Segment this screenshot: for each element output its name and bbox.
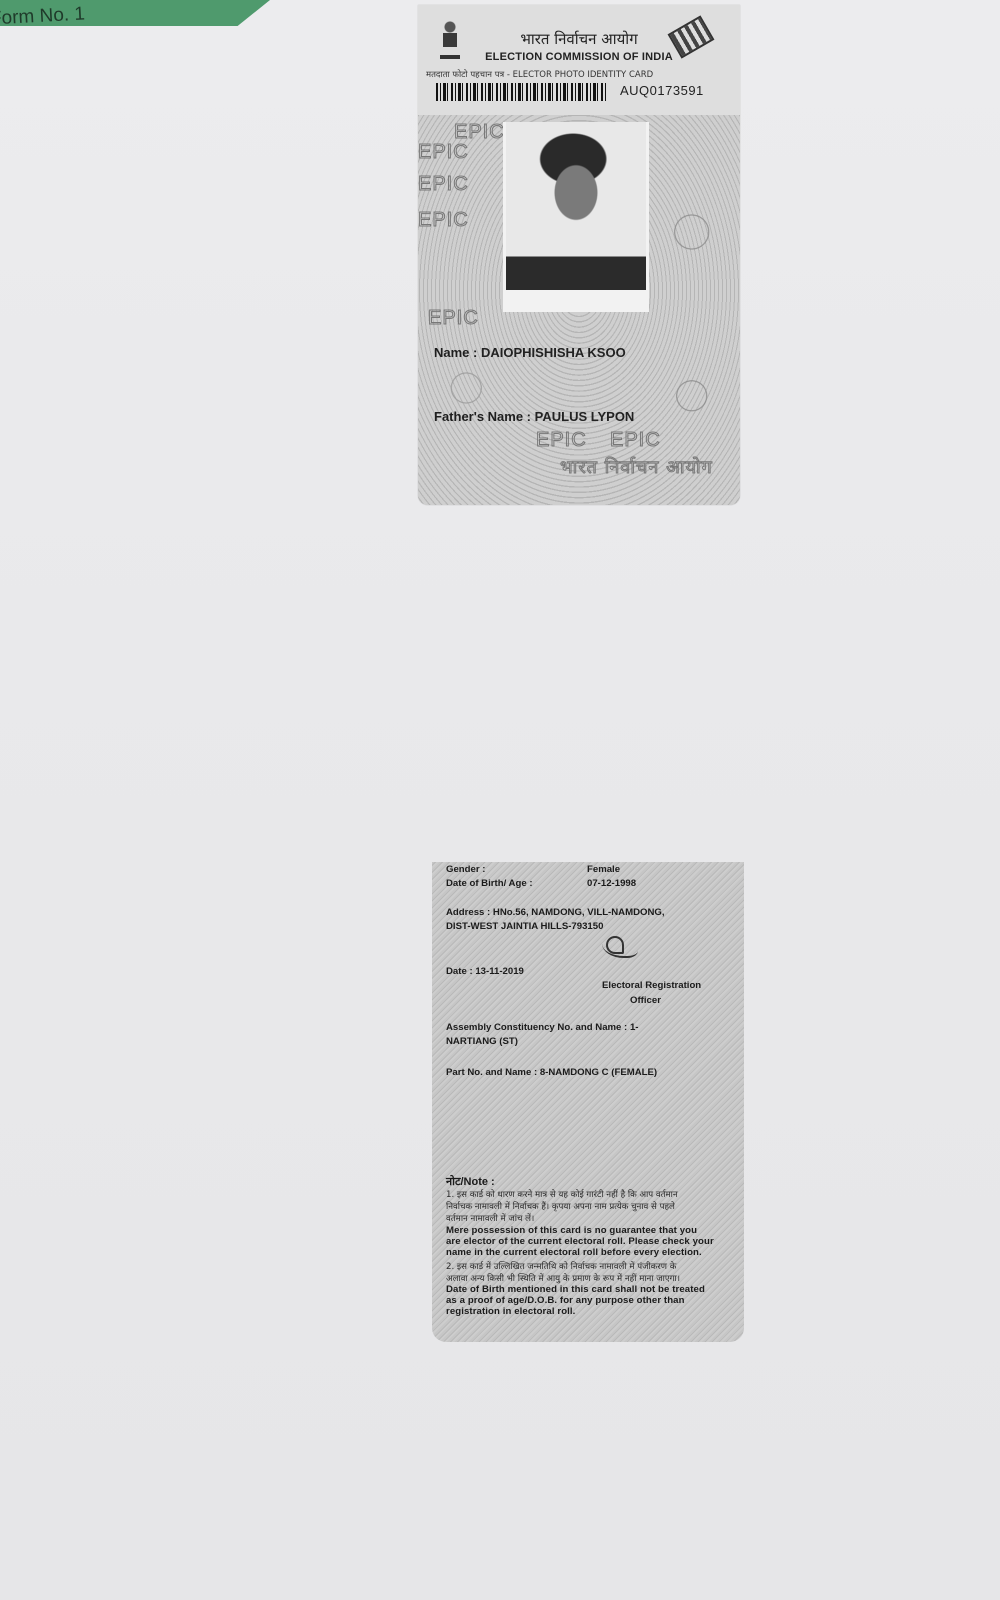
voter-id-card-front: भारत निर्वाचन आयोग ELECTION COMMISSION O… bbox=[418, 5, 740, 505]
gender-label: Gender : bbox=[446, 864, 485, 875]
document-page: Form No. 1 भारत निर्वाचन आयोग ELECTION C… bbox=[0, 0, 1000, 1600]
barcode bbox=[436, 83, 606, 101]
epic-watermark: EPIC bbox=[418, 209, 469, 232]
father-name-label: Father's Name : bbox=[434, 409, 531, 424]
hindi-title: भारत निर्वाचन आयोग bbox=[418, 29, 740, 49]
issue-date: Date : 13-11-2019 bbox=[446, 966, 524, 977]
form-number-label: Form No. 1 bbox=[0, 4, 86, 31]
part-value: 8-NAMDONG C (FEMALE) bbox=[540, 1067, 657, 1078]
note-english-1-line-3: name in the current electoral roll befor… bbox=[446, 1247, 702, 1258]
voter-id-card-back: Gender : Female Date of Birth/ Age : 07-… bbox=[432, 862, 744, 1342]
epic-watermark: EPIC bbox=[610, 429, 661, 452]
date-label: Date : bbox=[446, 966, 473, 977]
constituency-number: 1- bbox=[630, 1022, 639, 1033]
card-header: भारत निर्वाचन आयोग ELECTION COMMISSION O… bbox=[418, 5, 740, 115]
address-value-1: HNo.56, NAMDONG, VILL-NAMDONG, bbox=[493, 907, 665, 918]
name-label: Name : bbox=[434, 345, 477, 360]
father-name-field: Father's Name : PAULUS LYPON bbox=[434, 409, 634, 424]
epic-watermark: EPIC bbox=[418, 173, 469, 196]
note-hindi-2-line-1: 2. इस कार्ड में उल्लिखित जन्मतिथि को निर… bbox=[446, 1260, 736, 1272]
note-english-2-line-1: Date of Birth mentioned in this card sha… bbox=[446, 1284, 705, 1295]
address-line-1: Address : HNo.56, NAMDONG, VILL-NAMDONG, bbox=[446, 907, 665, 918]
note-hindi-1-line-2: निर्वाचक नामावली में निर्वाचक हैं। कृपया… bbox=[446, 1200, 736, 1212]
voter-photo bbox=[503, 122, 649, 312]
epic-watermark: EPIC bbox=[418, 141, 469, 164]
address-label: Address : bbox=[446, 907, 490, 918]
name-field: Name : DAIOPHISHISHA KSOO bbox=[434, 345, 626, 360]
gender-value: Female bbox=[587, 864, 620, 875]
note-english-2-line-2: as a proof of age/D.O.B. for any purpose… bbox=[446, 1295, 685, 1306]
officer-signature bbox=[602, 934, 638, 958]
note-english-1-line-2: are elector of the current electoral rol… bbox=[446, 1236, 714, 1247]
dob-label: Date of Birth/ Age : bbox=[446, 878, 533, 889]
dob-value: 07-12-1998 bbox=[587, 878, 636, 889]
note-english-1-line-1: Mere possession of this card is no guara… bbox=[446, 1225, 697, 1236]
english-title: ELECTION COMMISSION OF INDIA bbox=[418, 51, 740, 63]
note-hindi-1-line-3: वर्तमान नामावली में जांच लें। bbox=[446, 1212, 736, 1224]
name-value: DAIOPHISHISHA KSOO bbox=[481, 345, 626, 360]
hindi-watermark: भारत निर्वाचन आयोग bbox=[560, 455, 713, 479]
epic-number: AUQ0173591 bbox=[620, 83, 704, 98]
part-field: Part No. and Name : 8-NAMDONG C (FEMALE) bbox=[446, 1067, 657, 1078]
part-label: Part No. and Name : bbox=[446, 1067, 537, 1078]
constituency-name: NARTIANG (ST) bbox=[446, 1036, 518, 1047]
note-english-2-line-3: registration in electoral roll. bbox=[446, 1306, 575, 1317]
address-line-2: DIST-WEST JAINTIA HILLS-793150 bbox=[446, 921, 603, 932]
epic-watermark: EPIC bbox=[536, 429, 587, 452]
constituency-line-1: Assembly Constituency No. and Name : 1- bbox=[446, 1022, 638, 1033]
constituency-label: Assembly Constituency No. and Name : bbox=[446, 1022, 627, 1033]
note-heading: नोट/Note : bbox=[446, 1174, 495, 1189]
officer-title-1: Electoral Registration bbox=[602, 980, 701, 991]
note-hindi-1-line-1: 1. इस कार्ड को धारण करने मात्र से यह कोई… bbox=[446, 1188, 736, 1200]
officer-title-2: Officer bbox=[630, 995, 661, 1006]
portrait-image bbox=[506, 122, 646, 290]
epic-watermark: EPIC bbox=[428, 307, 479, 330]
date-value: 13-11-2019 bbox=[475, 966, 524, 977]
card-subtitle: मतदाता फोटो पहचान पत्र - ELECTOR PHOTO I… bbox=[426, 69, 653, 80]
note-hindi-2-line-2: अलावा अन्य किसी भी स्थिति में आयु के प्र… bbox=[446, 1272, 736, 1284]
father-name-value: PAULUS LYPON bbox=[535, 409, 635, 424]
